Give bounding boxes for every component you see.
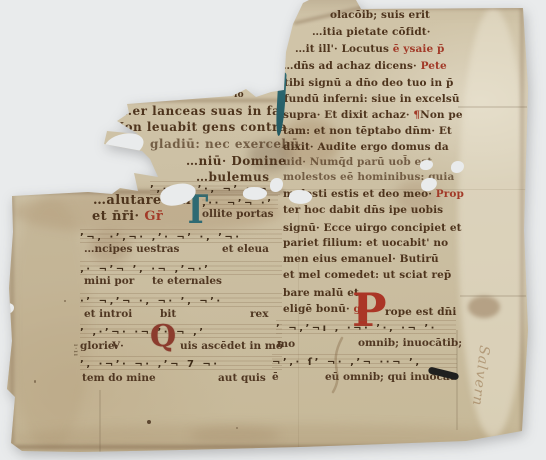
torn-edge-shading	[115, 99, 280, 102]
latin-text-line: …dn̄s ad achaz dicens· Pete	[283, 61, 447, 72]
text: …niū· Domine	[186, 154, 286, 168]
latin-text-line: olacōib; suis erit	[330, 10, 430, 21]
manuscript-leaf: ʼ‚· ¬ı ʼ·‚ ¬ʼ ·‚¬ io …er lanceas suas in…	[0, 0, 546, 460]
chant-syllable: et eleua	[222, 244, 269, 255]
music-staff: ʼ‚ ·¬ʼ· ¬· ‚ʼ¬ 7 ¬·	[80, 356, 282, 370]
music-staff: ‚· ¬ʼ¬ ʼ‚ ·¬ ‚ʼ¬·ʼ	[80, 261, 282, 275]
text: Non pe	[420, 109, 463, 121]
neumes: ·ʼ ¬‚ʼ¬ ·‚ ¬· ʼ‚ ¬ʼ·	[80, 296, 223, 307]
latin-text-line: tibi signū a dn̄o deo tuo in p̄	[284, 78, 453, 89]
text: signū· Ecce uirgo concipiet et	[283, 222, 462, 234]
chant-syllable: ollite por	[202, 209, 256, 220]
stain	[458, 8, 528, 438]
neumes: ʼ¬‚ ·ʼ‚¬· ‚ʼ· ¬ʼ ·‚ ʼ¬·	[80, 232, 242, 243]
rubric-graduale: Gr̄	[144, 209, 163, 224]
torn-edge-shading	[520, 8, 524, 432]
music-staff: ¬ʼ‚· ſʼ ¬· ‚ʼ¬ ··¬ ʼ‚	[272, 354, 457, 368]
text: fundū inferni: siue in excelsū	[284, 93, 460, 105]
latin-text-line: et mel comedet: ut sciat rep̄	[283, 270, 451, 281]
latin-text-line: pariet filium: et uocabit' no	[283, 238, 448, 249]
latin-text-line: ter hoc dabit dn̄s ipe uobis	[283, 205, 443, 216]
rubric-text: Pete	[421, 60, 447, 72]
text: tam: et non tēptabo dn̄m· Et	[283, 125, 452, 137]
chant-syllable: bit	[160, 309, 176, 320]
chant-syllable: tem do mine	[82, 373, 156, 384]
chant-syllable: omnib; inuocātib;	[358, 338, 462, 349]
text: rope est dn̄i	[385, 306, 456, 318]
text: …er lanceas suas in fal	[120, 104, 286, 118]
text: eligē bonū·	[283, 303, 353, 315]
text: …dn̄s ad achaz dicens·	[283, 60, 421, 72]
text: …it ill'· Locutus	[295, 43, 393, 55]
neumes: ‚· ¬ʼ¬ ʼ‚ ·¬ ‚ʼ¬·ʼ	[80, 264, 210, 275]
music-staff: ʼ ¬‚ʼ¬ı ‚ ·¬· ʼ·‚ ·¬ ʼ·	[276, 320, 456, 334]
music-staff: ʼ ‚·ʼ¬· ·¬ ʼ· ¬ ‚ʼ	[80, 324, 282, 338]
text: dixit· Audite ergo domus da	[283, 141, 449, 153]
text: ter hoc dabit dn̄s ipe uobis	[283, 204, 443, 216]
torn-edge-shading	[360, 6, 523, 9]
latin-text-line: rope est dn̄i	[385, 307, 456, 318]
latin-text-line: et n̄r̄i· Gr̄	[92, 210, 163, 223]
torn-edge-shading	[14, 445, 519, 449]
fold-crease	[99, 390, 101, 452]
text: et n̄r̄i·	[92, 209, 139, 224]
corner-note: io	[234, 91, 244, 100]
latin-text-line: Non leuabit gens contra	[113, 121, 287, 133]
text: et mel comedet: ut sciat rep̄	[283, 269, 451, 281]
text: olacōib; suis erit	[330, 9, 430, 21]
latin-text-line: tam: et non tēptabo dn̄m· Et	[283, 126, 452, 137]
text: pariet filium: et uocabit' no	[283, 237, 448, 249]
chant-syllable: aut quis	[218, 373, 266, 384]
latin-text-line: fundū inferni: siue in excelsū	[284, 94, 460, 105]
leaf-shadow-wrap: ʼ‚· ¬ı ʼ·‚ ¬ʼ ·‚¬ io …er lanceas suas in…	[0, 0, 546, 460]
chant-syllable: …ncipes uestras	[84, 244, 179, 255]
margin-note-small: ı·ıı	[72, 344, 78, 357]
versicle-mark: V·	[112, 341, 124, 352]
music-staff: ·ʼ ¬‚ʼ¬ ·‚ ¬· ʼ‚ ¬ʼ·	[80, 293, 282, 307]
speck	[236, 427, 238, 429]
latin-text-line: …bulemus	[196, 171, 270, 183]
rubric-text: Prop	[436, 188, 464, 200]
latin-text-line: bare malū et	[283, 288, 359, 299]
cut-text-fragment: ıȷ ııȷı ı	[358, 0, 406, 6]
rubric-text: ē ysaie p̄	[393, 43, 445, 55]
text: tibi signū a dn̄o deo tuo in p̄	[284, 77, 453, 89]
torn-edge-shading	[10, 196, 14, 446]
parchment-hole	[102, 131, 146, 162]
faint-pencil-squiggle	[315, 330, 360, 395]
chant-syllable: rex	[250, 309, 268, 320]
latin-text-line: men eius emanuel· Butirū	[283, 254, 439, 265]
music-staff: ‚·· ¬ʼ¬ ·ʼ	[202, 195, 278, 209]
neumes: ʼ‚ ·¬ʼ· ¬· ‚ʼ¬ 7 ¬·	[80, 359, 220, 370]
latin-text-line: …niū· Domine	[186, 155, 286, 167]
text: uid· Numq̄d parū uob̄ est	[283, 156, 432, 168]
latin-text-line: gladiū: nec exercebū	[150, 138, 300, 150]
chant-syllable: uis ascēdet in mō	[180, 341, 283, 352]
latin-text-line: dixit· Audite ergo domus da	[283, 142, 449, 153]
text: men eius emanuel· Butirū	[283, 253, 439, 265]
chant-syllable: te eternales	[152, 276, 222, 287]
fold-crease	[460, 295, 526, 297]
chant-syllable: mini por	[84, 276, 134, 287]
decorated-initial-Q: Q	[150, 322, 176, 352]
latin-text-line: …itia pietate cōfidt·	[312, 27, 431, 38]
latin-text-line: signū· Ecce uirgo concipiet et	[283, 223, 462, 234]
stain	[10, 196, 90, 452]
latin-text-line: …it ill'· Locutus ē ysaie p̄	[295, 44, 444, 55]
chant-syllable: et introi	[84, 309, 132, 320]
text: supra· Et dixit achaz·	[283, 109, 413, 121]
latin-text-line: …er lanceas suas in fal	[120, 105, 286, 117]
latin-text-line: supra· Et dixit achaz· ¶Non pe	[283, 110, 463, 121]
music-staff: ʼ¬‚ ·ʼ‚¬· ‚ʼ· ¬ʼ ·‚ ʼ¬·	[80, 229, 282, 243]
text: bare malū et	[283, 287, 359, 299]
speck	[531, 88, 534, 91]
stain	[190, 426, 280, 444]
chant-syllable: tas	[256, 209, 274, 220]
text: …bulemus	[196, 170, 270, 184]
text: …itia pietate cōfidt·	[312, 26, 431, 38]
speck	[147, 420, 151, 424]
speck	[64, 300, 66, 302]
text: gladiū: nec exercebū	[150, 137, 300, 151]
stain	[468, 296, 500, 318]
photo-canvas: ʼ‚· ¬ı ʼ·‚ ¬ʼ ·‚¬ io …er lanceas suas in…	[0, 0, 546, 460]
latin-text-line: uid· Numq̄d parū uob̄ est	[283, 157, 432, 168]
speck	[34, 380, 36, 383]
text: Non leuabit gens contra	[113, 120, 287, 134]
parchment-hole	[420, 160, 433, 170]
fold-crease	[458, 106, 527, 108]
neumes: ʼ ‚·ʼ¬· ·¬ ʼ· ¬ ‚ʼ	[80, 327, 206, 338]
chant-syllable: ē	[272, 372, 279, 383]
